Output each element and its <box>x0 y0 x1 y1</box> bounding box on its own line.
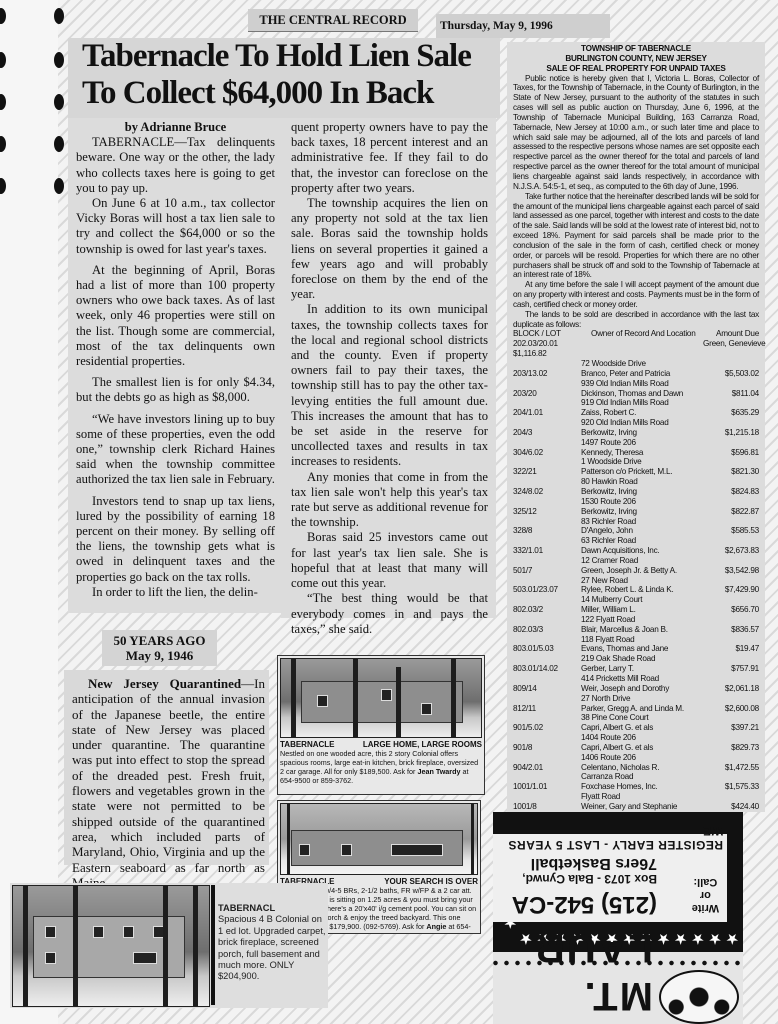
real-estate-ad-colonial: TABERNACL Spacious 4 B Colonial on 1 ed … <box>10 883 328 1008</box>
block-lot: 901/8 <box>513 743 581 753</box>
window <box>391 844 443 856</box>
location-row: 920 Old Indian Mills Road <box>513 418 759 428</box>
owner: Blair, Marcellus & Joan B. <box>581 625 703 635</box>
ad-heading: TABERNACLE LARGE HOME, LARGE ROOMS <box>280 740 482 749</box>
owner: Capri, Albert G. et als <box>581 743 703 753</box>
tree <box>287 804 290 874</box>
location: 920 Old Indian Mills Road <box>581 418 703 428</box>
amount: $424.40 <box>703 802 759 812</box>
register-line: REGISTER EARLY - LAST 5 YEARS WE <box>493 824 723 852</box>
tree <box>163 886 168 1006</box>
paragraph: “The best thing would be that everybody … <box>291 591 488 637</box>
block-lot: 325/12 <box>513 507 581 517</box>
block-lot: 203/20 <box>513 389 581 399</box>
rotated-content: ★ ★ ★ ★ ★ ★ ★ ★ ★ ★ ★ ★ ★ ★★★★★ REGISTER… <box>493 812 743 1024</box>
table-row: 325/12Berkowitz, Irving$822.87 <box>513 507 759 517</box>
binder-hole <box>0 136 6 152</box>
owner: Berkowitz, Irving <box>581 428 703 438</box>
divider <box>211 885 215 1005</box>
location-row: 83 Richler Road <box>513 517 759 527</box>
table-row: 802.03/3Blair, Marcellus & Joan B.$836.5… <box>513 625 759 635</box>
section-date: May 9, 1946 <box>102 648 217 663</box>
owner: Dickinson, Thomas and Dawn <box>581 389 703 399</box>
tree <box>23 886 28 1006</box>
location-row: 939 Old Indian Mills Road <box>513 379 759 389</box>
location: 38 Pine Cone Court <box>581 713 703 723</box>
notice-paragraph: At any time before the sale I will accep… <box>513 280 759 310</box>
ad-town: TABERNACL <box>218 903 275 913</box>
amount: $1,215.18 <box>703 428 759 438</box>
block-lot: 503.01/23.07 <box>513 585 581 595</box>
table-row: 901/8Capri, Albert G. et als$829.73 <box>513 743 759 753</box>
amount: $1,575.33 <box>703 782 759 792</box>
location: 80 Hawkin Road <box>581 477 703 487</box>
window <box>341 844 352 856</box>
owner: Parker, Gregg A. and Linda M. <box>581 704 703 714</box>
table-row: 203/20Dickinson, Thomas and Dawn$811.04 <box>513 389 759 399</box>
paragraph: On June 6 at 10 a.m., tax collector Vick… <box>76 196 275 257</box>
notice-title-1: TOWNSHIP OF TABERNACLE <box>513 44 759 54</box>
header-owner: Owner of Record And Location <box>581 329 703 339</box>
table-row: 501/7Green, Joseph Jr. & Betty A.$3,542.… <box>513 566 759 576</box>
location-row: 414 Pricketts Mill Road <box>513 674 759 684</box>
notice-paragraph: The lands to be sold are described in ac… <box>513 310 759 330</box>
amount: $2,600.08 <box>703 704 759 714</box>
window <box>123 926 134 938</box>
location: 27 New Road <box>581 576 703 586</box>
binder-hole <box>0 52 6 68</box>
header-block-lot: BLOCK / LOT <box>513 329 581 339</box>
block-lot: 501/7 <box>513 566 581 576</box>
block-lot: 809/14 <box>513 684 581 694</box>
call-label: Call: <box>692 875 719 888</box>
location-row: 1 Woodside Drive <box>513 457 759 467</box>
window <box>381 689 392 701</box>
paragraph: Investors tend to snap up tax liens, lur… <box>76 494 275 585</box>
block-lot: 1001/8 <box>513 802 581 812</box>
location: Flyatt Road <box>581 792 703 802</box>
block-lot: 904/2.01 <box>513 763 581 773</box>
amount: $1,472.55 <box>703 763 759 773</box>
table-row: 322/21Patterson c/o Prickett, M.L.$821.3… <box>513 467 759 477</box>
paragraph: In addition to its own municipal taxes, … <box>291 302 488 469</box>
table-row: 803.01/14.02Gerber, Larry T.$757.91 <box>513 664 759 674</box>
location: 122 Flyatt Road <box>581 615 703 625</box>
binder-hole <box>54 178 64 194</box>
ad-body: Nestled on one wooded acre, this 2 story… <box>280 749 482 785</box>
banner-text: MT. LAUR <box>493 972 743 1020</box>
binder-hole <box>0 178 6 194</box>
amount: $811.04 <box>703 389 759 399</box>
block-lot: 322/21 <box>513 467 581 477</box>
contact-label: Write or Call: <box>692 875 719 914</box>
block-lot: 803.01/5.03 <box>513 644 581 654</box>
location: 1 Woodside Drive <box>581 457 703 467</box>
window <box>45 926 56 938</box>
article-column-1: by Adrianne Bruce TABERNACLE—Tax delinqu… <box>68 118 281 613</box>
block-lot: 802.03/3 <box>513 625 581 635</box>
amount: $635.29 <box>703 408 759 418</box>
ad-contact: Jean Twardy <box>417 767 460 776</box>
block-lot: 812/11 <box>513 704 581 714</box>
block-lot: 802.03/2 <box>513 605 581 615</box>
location: 1404 Route 206 <box>581 733 703 743</box>
owner: Berkowitz, Irving <box>581 507 703 517</box>
location: 12 Cramer Road <box>581 556 703 566</box>
amount: $2,061.18 <box>703 684 759 694</box>
location-row: 63 Richler Road <box>513 536 759 546</box>
location: 219 Oak Shade Road <box>581 654 703 664</box>
owner: Weiner, Gary and Stephanie <box>581 802 703 812</box>
block-lot: 204/1.01 <box>513 408 581 418</box>
paragraph: The smallest lien is for only $4.34, but… <box>76 375 275 405</box>
table-row: 204/3Berkowitz, Irving$1,215.18 <box>513 428 759 438</box>
location-row: 219 Oak Shade Road <box>513 654 759 664</box>
paragraph: TABERNACLE—Tax delinquents beware. One w… <box>76 135 275 196</box>
location: 414 Pricketts Mill Road <box>581 674 703 684</box>
paragraph: At the beginning of April, Boras had a l… <box>76 263 275 369</box>
location-row: 118 Flyatt Road <box>513 635 759 645</box>
location-row: 38 Pine Cone Court <box>513 713 759 723</box>
location-row: 80 Hawkin Road <box>513 477 759 487</box>
amount: $757.91 <box>703 664 759 674</box>
block-lot: 1001/1.01 <box>513 782 581 792</box>
location: 1497 Route 206 <box>581 438 703 448</box>
owner: Berkowitz, Irving <box>581 487 703 497</box>
notice-title-3: SALE OF REAL PROPERTY FOR UNPAID TAXES <box>513 64 759 74</box>
location: 83 Richler Road <box>581 517 703 527</box>
location-row: 27 New Road <box>513 576 759 586</box>
owner: Branco, Peter and Patricia <box>581 369 703 379</box>
location: 63 Richler Road <box>581 536 703 546</box>
amount: $19.47 <box>703 644 759 654</box>
owner: Patterson c/o Prickett, M.L. <box>581 467 703 477</box>
notice-paragraph: Public notice is hereby given that I, Vi… <box>513 74 759 192</box>
amount: $5,503.02 <box>703 369 759 379</box>
location-row: 14 Mulberry Court <box>513 595 759 605</box>
tree <box>353 659 358 737</box>
house-photo <box>280 803 478 875</box>
block-lot: 332/1.01 <box>513 546 581 556</box>
paragraph: quent property owners have to pay the ba… <box>291 120 488 196</box>
binder-hole <box>0 94 6 110</box>
table-row: 1001/8Weiner, Gary and Stephanie$424.40 <box>513 802 759 812</box>
amount: $824.83 <box>703 487 759 497</box>
table-row: 204/1.01Zaiss, Robert C.$635.29 <box>513 408 759 418</box>
location-row: 919 Old Indian Mills Road <box>513 398 759 408</box>
location-row: 12 Cramer Road <box>513 556 759 566</box>
location: Carranza Road <box>581 772 703 782</box>
notice-paragraph: Take further notice that the hereinafter… <box>513 192 759 281</box>
table-row: 324/8.02Berkowitz, Irving$824.83 <box>513 487 759 497</box>
paragraph: “We have investors lining up to buy some… <box>76 412 275 488</box>
owner: Capri, Albert G. et als <box>581 723 703 733</box>
amount: $596.81 <box>703 448 759 458</box>
block-lot: 202.03/20.01 <box>513 339 581 349</box>
location: 1530 Route 206 <box>581 497 703 507</box>
byline: by Adrianne Bruce <box>76 120 275 135</box>
headline-line-1: Tabernacle To Hold Lien Sale <box>82 38 500 75</box>
address: Box 1073 - Bala Cynwd, <box>522 872 657 886</box>
owner: Kennedy, Theresa <box>581 448 703 458</box>
location: 72 Woodside Drive <box>581 359 703 369</box>
ad-title: LARGE HOME, LARGE ROOMS <box>363 740 482 749</box>
table-row: 304/6.02Kennedy, Theresa$596.81 <box>513 448 759 458</box>
owner: Dawn Acquisitions, Inc. <box>581 546 703 556</box>
block-lot: 204/3 <box>513 428 581 438</box>
tree <box>451 659 456 737</box>
header-amount: Amount Due <box>703 329 759 339</box>
table-row: 901/5.02Capri, Albert G. et als$397.21 <box>513 723 759 733</box>
block-lot: 803.01/14.02 <box>513 664 581 674</box>
location-row: 1497 Route 206 <box>513 438 759 448</box>
owner: Celentano, Nicholas R. <box>581 763 703 773</box>
block-lot: 901/5.02 <box>513 723 581 733</box>
block-lot: 328/8 <box>513 526 581 536</box>
window <box>421 703 432 715</box>
dateline-clipping: Thursday, May 9, 1996 <box>436 14 610 38</box>
fifty-years-ago-story: New Jersey Quarantined—In anticipation o… <box>64 670 269 865</box>
location: 118 Flyatt Road <box>581 635 703 645</box>
location: 1406 Route 206 <box>581 753 703 763</box>
team-name: 76ers Basketball <box>531 854 657 872</box>
article-headline: Tabernacle To Hold Lien Sale To Collect … <box>68 38 500 118</box>
fifty-years-ago-heading: 50 YEARS AGO May 9, 1946 <box>102 630 217 666</box>
table-header: BLOCK / LOT Owner of Record And Location… <box>513 329 759 339</box>
binder-hole <box>0 8 6 24</box>
legal-notice-clipping: TOWNSHIP OF TABERNACLE BURLINGTON COUNTY… <box>507 42 765 812</box>
location-row: 1406 Route 206 <box>513 753 759 763</box>
tree <box>73 886 78 1006</box>
basketball-ad-upside-down: ★ ★ ★ ★ ★ ★ ★ ★ ★ ★ ★ ★ ★ ★★★★★ REGISTER… <box>493 812 743 1024</box>
location: 919 Old Indian Mills Road <box>581 398 703 408</box>
block-lot: 203/13.02 <box>513 369 581 379</box>
owner: Green, Genevieve <box>703 339 759 349</box>
amount: $3,542.98 <box>703 566 759 576</box>
masthead-clipping: THE CENTRAL RECORD <box>248 9 418 32</box>
tree <box>291 659 296 737</box>
location: 27 North Drive <box>581 694 703 704</box>
amount: $656.70 <box>703 605 759 615</box>
binder-hole <box>54 94 64 110</box>
paragraph: Boras said 25 investors came out for las… <box>291 530 488 591</box>
amount: $1,116.82 <box>513 349 581 359</box>
window <box>299 844 310 856</box>
paper-name: THE CENTRAL RECORD <box>259 13 406 28</box>
amount: $821.30 <box>703 467 759 477</box>
owner: Weir, Joseph and Dorothy <box>581 684 703 694</box>
table-row: 904/2.01Celentano, Nicholas R.$1,472.55 <box>513 763 759 773</box>
amount: $829.73 <box>703 743 759 753</box>
issue-date: Thursday, May 9, 1996 <box>440 20 553 32</box>
table-row: 809/14Weir, Joseph and Dorothy$2,061.18 <box>513 684 759 694</box>
location-row: Carranza Road <box>513 772 759 782</box>
owner: Foxchase Homes, Inc. <box>581 782 703 792</box>
ad-town: TABERNACLE <box>280 740 335 749</box>
story-lead: New Jersey Quarantined <box>88 676 241 691</box>
owner: Rylee, Robert L. & Linda K. <box>581 585 703 595</box>
paragraph: Any monies that come in from the tax lie… <box>291 470 488 531</box>
location: 14 Mulberry Court <box>581 595 703 605</box>
window <box>93 926 104 938</box>
owner: D'Angelo, John <box>581 526 703 536</box>
or-label: or <box>692 888 719 901</box>
write-label: Write <box>692 901 719 914</box>
location-row: 1530 Route 206 <box>513 497 759 507</box>
paragraph: In order to lift the lien, the delin- <box>76 585 275 600</box>
table-row: 812/11Parker, Gregg A. and Linda M.$2,60… <box>513 704 759 714</box>
amount: $397.21 <box>703 723 759 733</box>
binder-hole <box>54 52 64 68</box>
table-row: 802.03/2Miller, William L.$656.70 <box>513 605 759 615</box>
amount: $822.87 <box>703 507 759 517</box>
amount: $585.53 <box>703 526 759 536</box>
table-row: 202.03/20.01 Green, Genevieve <box>513 339 759 349</box>
phone-number: (215) 542-CA <box>512 890 657 918</box>
story-body: —In anticipation of the annual invasion … <box>72 676 265 890</box>
ad-panel: REGISTER EARLY - LAST 5 YEARS WE 76ers B… <box>493 834 727 922</box>
table-row: 203/13.02Branco, Peter and Patricia$5,50… <box>513 369 759 379</box>
block-lot: 324/8.02 <box>513 487 581 497</box>
location-row: 1404 Route 206 <box>513 733 759 743</box>
window <box>317 695 328 707</box>
table-row: 332/1.01Dawn Acquisitions, Inc.$2,673.83 <box>513 546 759 556</box>
amount: $836.57 <box>703 625 759 635</box>
article-column-2: quent property owners have to pay the ba… <box>281 118 496 618</box>
block-lot: 304/6.02 <box>513 448 581 458</box>
table-row: 503.01/23.07Rylee, Robert L. & Linda K.$… <box>513 585 759 595</box>
amount: $7,429.90 <box>703 585 759 595</box>
location-row: Flyatt Road <box>513 792 759 802</box>
table-row: 328/8D'Angelo, John$585.53 <box>513 526 759 536</box>
location-row: 27 North Drive <box>513 694 759 704</box>
location: 939 Old Indian Mills Road <box>581 379 703 389</box>
real-estate-ad-large-home: TABERNACLE LARGE HOME, LARGE ROOMS Nestl… <box>277 655 485 795</box>
house-photo <box>12 885 210 1007</box>
binder-hole <box>54 136 64 152</box>
tree <box>471 804 474 874</box>
tree <box>396 667 401 737</box>
table-row: $1,116.82 <box>513 349 759 359</box>
window <box>45 952 56 964</box>
owner: Miller, William L. <box>581 605 703 615</box>
table-body: 72 Woodside Drive 203/13.02Branco, Peter… <box>513 359 759 812</box>
window <box>133 952 157 964</box>
section-title: 50 YEARS AGO <box>102 633 217 648</box>
notice-title-2: BURLINGTON COUNTY, NEW JERSEY <box>513 54 759 64</box>
house-photo <box>280 658 482 738</box>
table-row: 803.01/5.03Evans, Thomas and Jane$19.47 <box>513 644 759 654</box>
binder-hole <box>54 8 64 24</box>
ad-contact: Angie <box>426 922 446 931</box>
ad-title: YOUR SEARCH IS OVER <box>384 877 478 886</box>
ad-description: Spacious 4 B Colonial on 1 ed lot. Upgra… <box>218 914 326 981</box>
paragraph: The township acquires the lien on any pr… <box>291 196 488 302</box>
owner: Evans, Thomas and Jane <box>581 644 703 654</box>
owner: Green, Joseph Jr. & Betty A. <box>581 566 703 576</box>
owner: Zaiss, Robert C. <box>581 408 703 418</box>
amount: $2,673.83 <box>703 546 759 556</box>
ad-body: TABERNACL Spacious 4 B Colonial on 1 ed … <box>218 903 328 983</box>
tree <box>193 886 198 1006</box>
table-row: 1001/1.01Foxchase Homes, Inc.$1,575.33 <box>513 782 759 792</box>
owner: Gerber, Larry T. <box>581 664 703 674</box>
location-row: 122 Flyatt Road <box>513 615 759 625</box>
